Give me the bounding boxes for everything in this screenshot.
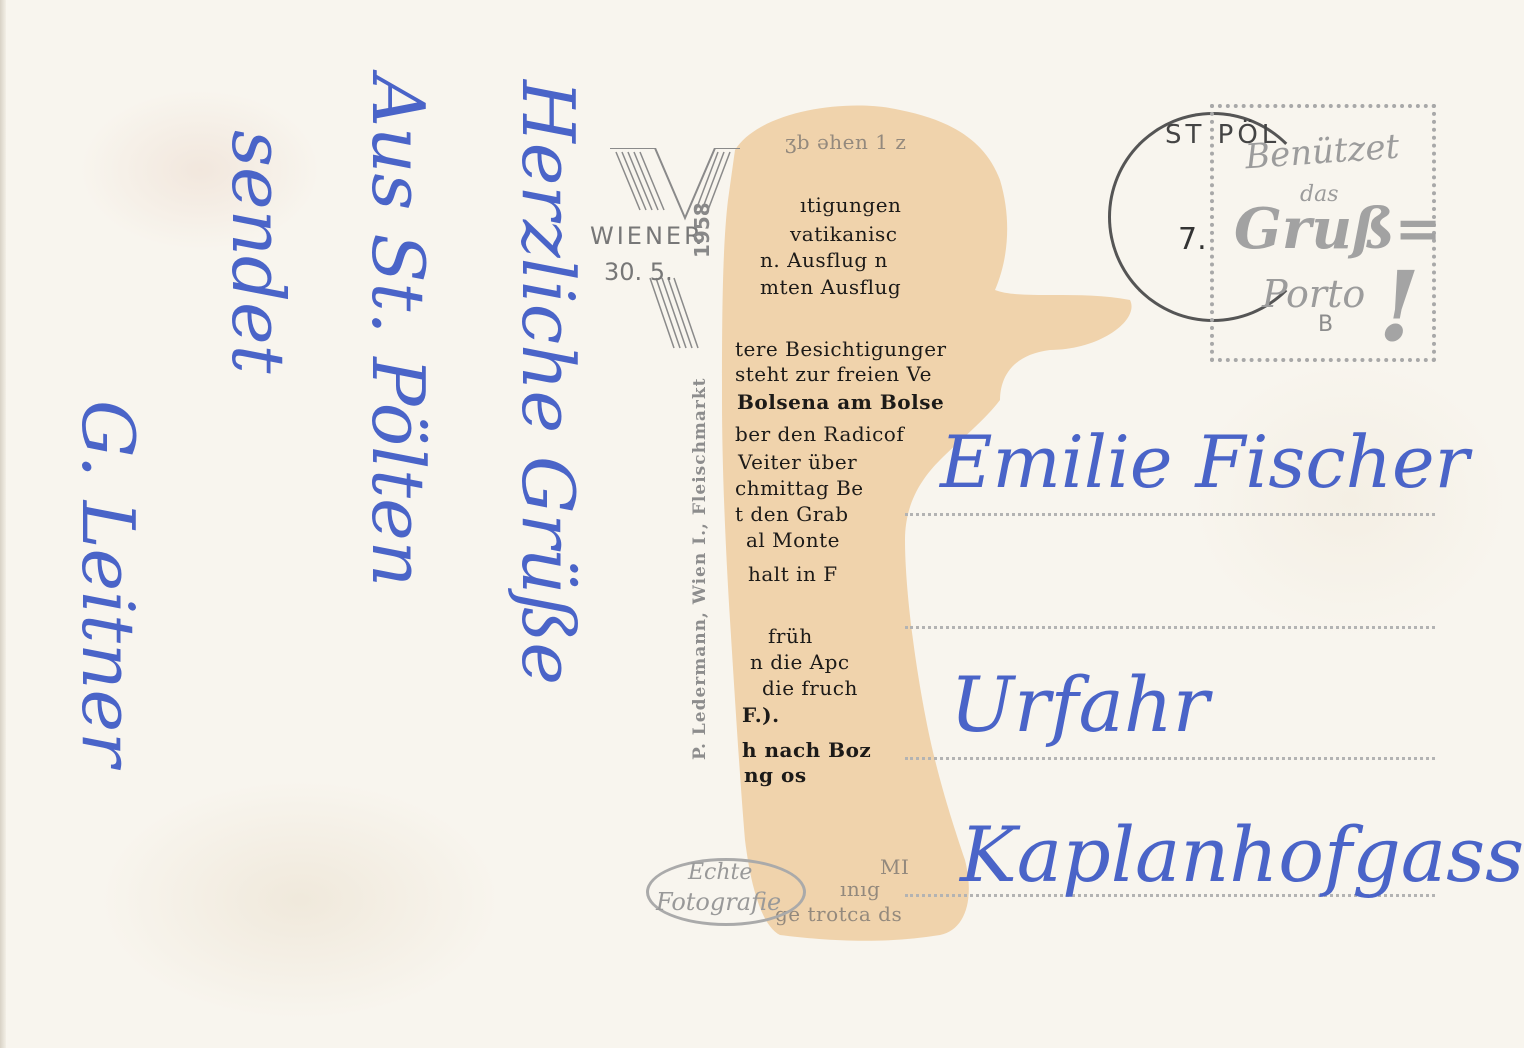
message-line-1: Herzliche Grüße	[506, 80, 590, 685]
newspaper-line: ʒb əhen 1 z	[785, 130, 906, 154]
address-line-1	[905, 513, 1435, 516]
newspaper-line: n die Apc	[750, 650, 850, 674]
exclamation-icon: !	[1378, 250, 1420, 363]
publisher-imprint: P. Ledermann, Wien I., Fleischmarkt	[690, 377, 710, 760]
newspaper-line: Veiter über	[738, 450, 857, 474]
message-line-4: G. Leitner	[66, 400, 150, 767]
address-city: Urfahr	[950, 660, 1209, 749]
address-line-2	[905, 626, 1435, 629]
photo-mark-line2: Fotografie	[656, 888, 781, 916]
address-street: Kaplanhofgasse	[960, 810, 1524, 899]
newspaper-line: vatikanisc	[790, 222, 897, 246]
cancel-date: 30. 5.	[604, 258, 673, 286]
message-line-3: sendet	[216, 130, 300, 374]
cancel-city: WIENER	[590, 222, 704, 250]
newspaper-line: ıtigungen	[800, 193, 901, 217]
newspaper-line: h nach Boz	[742, 738, 871, 762]
newspaper-line: al Monte	[746, 528, 840, 552]
newspaper-line: chmittag Be	[735, 476, 864, 500]
cancel-year: 1958	[690, 202, 714, 258]
newspaper-line: früh	[768, 624, 813, 648]
newspaper-line: ınıg	[840, 877, 880, 901]
photo-mark-line1: Echte	[688, 860, 752, 885]
postcard-back: ʒb əhen 1 zıtigungenvatikaniscn. Ausflug…	[0, 0, 1524, 1048]
newspaper-line: t den Grab	[735, 502, 849, 526]
newspaper-line: mten Ausflug	[760, 275, 901, 299]
newspaper-line: Bolsena am Bolse	[737, 390, 944, 414]
newspaper-line: tere Besichtigunger	[735, 337, 947, 361]
stamp-text-line4: Porto	[1262, 272, 1365, 316]
newspaper-line: halt in F	[748, 562, 838, 586]
newspaper-line: ng os	[744, 763, 807, 787]
address-line-3	[905, 757, 1435, 760]
address-name: Emilie Fischer	[940, 420, 1469, 504]
newspaper-line: F.).	[742, 703, 780, 727]
message-line-2: Aus St. Pölten	[356, 75, 440, 587]
newspaper-line: n. Ausflug n	[760, 248, 888, 272]
newspaper-line: steht zur freien Ve	[735, 362, 932, 386]
postmark-day: 7.	[1178, 222, 1207, 257]
stamp-letter: B	[1318, 312, 1333, 337]
newspaper-line: MI	[880, 855, 909, 879]
newspaper-line: die fruch	[762, 676, 858, 700]
newspaper-line: ber den Radicof	[735, 422, 904, 446]
